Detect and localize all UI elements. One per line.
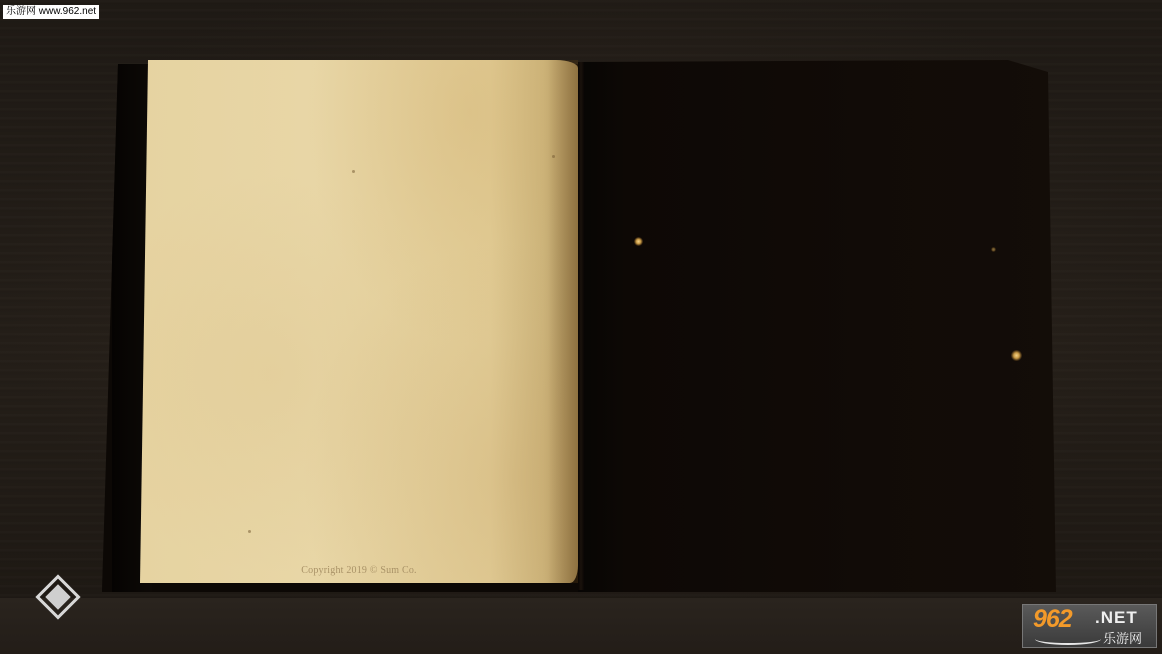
table-surface	[0, 598, 1162, 654]
right-page[interactable]	[578, 58, 1058, 592]
menu-button[interactable]	[35, 574, 81, 620]
copyright-text: Copyright 2019 © Sum Co.	[140, 565, 578, 576]
left-page[interactable]: Copyright 2019 © Sum Co.	[140, 60, 578, 583]
paper-speck	[248, 530, 251, 533]
firefly-glow	[991, 247, 996, 252]
paper-speck	[552, 155, 555, 158]
logo-swoosh-icon	[1035, 633, 1101, 645]
site-logo: 962 .NET 乐游网	[1022, 604, 1157, 648]
logo-number: 962	[1033, 605, 1072, 634]
firefly-glow	[1011, 350, 1022, 361]
book-spine	[578, 62, 584, 590]
logo-suffix: .NET	[1095, 608, 1138, 628]
paper-speck	[352, 170, 355, 173]
open-book: Copyright 2019 © Sum Co.	[100, 58, 1060, 598]
firefly-glow	[634, 237, 643, 246]
site-watermark: 乐游网 www.962.net	[3, 5, 99, 19]
logo-chinese: 乐游网	[1103, 628, 1142, 647]
